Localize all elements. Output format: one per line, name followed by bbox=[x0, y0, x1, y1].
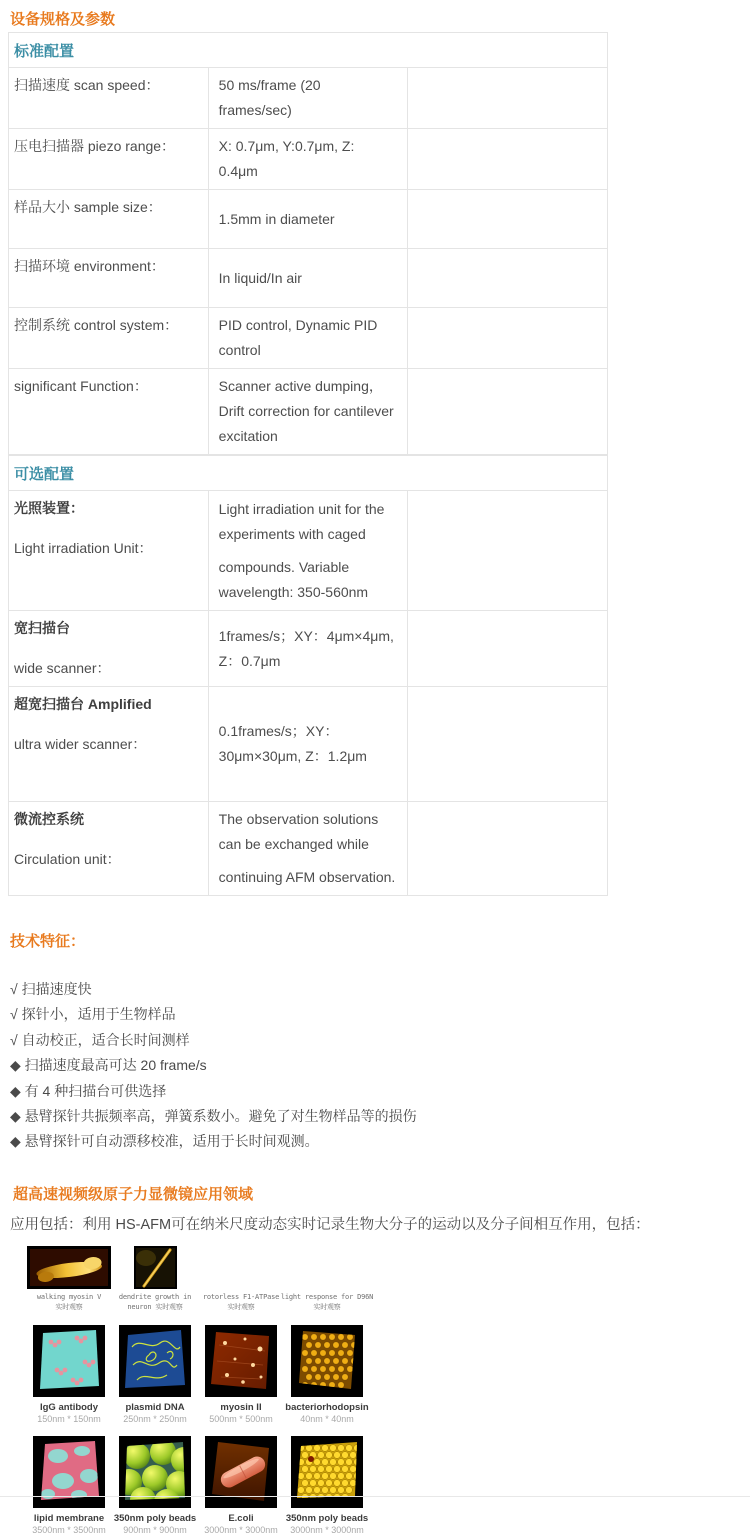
table-row: 光照装置： Light irradiation Unit： Light irra… bbox=[9, 491, 608, 611]
image-caption-name: E.coli bbox=[228, 1513, 253, 1524]
gallery-item: lipid membrane 3500nm * 3500nm bbox=[26, 1436, 112, 1535]
image-caption-name: 350nm poly beads bbox=[114, 1513, 196, 1524]
afm-image-poly-beads-3000 bbox=[291, 1436, 363, 1508]
gallery-row-3: lipid membrane 3500nm * 3500nm bbox=[26, 1436, 750, 1535]
row-value: 1.5mm in diameter bbox=[219, 207, 396, 232]
row-label: significant Function： bbox=[14, 374, 202, 399]
gallery-item: myosin II 500nm * 500nm bbox=[198, 1325, 284, 1424]
gallery-item: walking myosin V 实时观察 bbox=[26, 1246, 112, 1312]
row-value: 1frames/s；XY：4μm×4μm, Z：0.7μm bbox=[219, 624, 396, 674]
caption-line: dendrite growth in bbox=[119, 1292, 191, 1302]
empty-cell bbox=[408, 68, 608, 129]
afm-image-lipid-membrane bbox=[33, 1436, 105, 1508]
row-label: 压电扫描器 piezo range： bbox=[14, 134, 202, 159]
image-caption-name: 350nm poly beads bbox=[286, 1513, 368, 1524]
missing-image-slot bbox=[284, 1246, 370, 1289]
gallery-item: IgG antibody 150nm * 150nm bbox=[26, 1325, 112, 1424]
row-label: 样品大小 sample size： bbox=[14, 195, 202, 220]
feature-item: √ 自动校正，适合长时间测样 bbox=[10, 1028, 750, 1053]
applications-intro: 应用包括：利用 HS-AFM可在纳米尺度动态实时记录生物大分子的运动以及分子间相… bbox=[10, 1214, 750, 1236]
gallery-item: rotorless F1-ATPase 实时观察 bbox=[198, 1246, 284, 1312]
row-value: 0.1frames/s；XY：30μm×30μm, Z：1.2μm bbox=[219, 719, 396, 769]
row-value: X: 0.7μm, Y:0.7μm, Z: 0.4μm bbox=[219, 134, 396, 184]
table-row: 扫描速度 scan speed： 50 ms/frame (20 frames/… bbox=[9, 68, 608, 129]
bottom-divider bbox=[0, 1496, 750, 1497]
afm-image-ecoli bbox=[205, 1436, 277, 1508]
row-value: PID control, Dynamic PID control bbox=[219, 313, 396, 363]
row-label: 扫描环境 environment： bbox=[14, 254, 202, 279]
feature-item: √ 探针小，适用于生物样品 bbox=[10, 1002, 750, 1027]
empty-cell bbox=[408, 190, 608, 249]
image-caption-size: 3000nm * 3000nm bbox=[204, 1525, 278, 1535]
table-row: 扫描环境 environment： In liquid/In air bbox=[9, 249, 608, 308]
row-value: The observation solutions can be exchang… bbox=[219, 807, 396, 857]
row-label: 控制系统 control system： bbox=[14, 313, 202, 338]
afm-image-poly-beads-900 bbox=[119, 1436, 191, 1508]
empty-cell bbox=[408, 249, 608, 308]
afm-image-igg-antibody bbox=[33, 1325, 105, 1397]
table-row: 压电扫描器 piezo range： X: 0.7μm, Y:0.7μm, Z:… bbox=[9, 129, 608, 190]
image-caption-name: plasmid DNA bbox=[125, 1402, 184, 1413]
table-row: 控制系统 control system： PID control, Dynami… bbox=[9, 308, 608, 369]
afm-image-plasmid-dna bbox=[119, 1325, 191, 1397]
afm-image-gallery: walking myosin V 实时观察 dendrite growth in bbox=[8, 1246, 750, 1535]
image-caption-name: bacteriorhodopsin bbox=[285, 1402, 368, 1413]
caption-line: 实时观察 bbox=[37, 1302, 101, 1312]
section-heading-row: 可选配置 bbox=[9, 456, 608, 491]
feature-item: ◆ 有 4 种扫描台可供选择 bbox=[10, 1079, 750, 1104]
row-label-en: Light irradiation Unit： bbox=[14, 536, 206, 561]
features-heading: 技术特征： bbox=[10, 930, 750, 951]
spec-page: 设备规格及参数 标准配置 扫描速度 scan speed： 50 ms/fram… bbox=[0, 0, 750, 1535]
feature-item: ◆ 悬臂探针共振频率高，弹簧系数小。避免了对生物样品等的损伤 bbox=[10, 1104, 750, 1129]
row-label: 扫描速度 scan speed： bbox=[14, 73, 202, 98]
row-label-zh: 微流控系统 bbox=[14, 807, 206, 832]
image-caption-size: 40nm * 40nm bbox=[300, 1414, 354, 1424]
empty-cell bbox=[408, 129, 608, 190]
row-label-zh: 超宽扫描台 Amplified bbox=[14, 692, 206, 717]
table-row: significant Function： Scanner active dum… bbox=[9, 369, 608, 455]
image-caption-size: 150nm * 150nm bbox=[37, 1414, 101, 1424]
gallery-row-1: walking myosin V 实时观察 dendrite growth in bbox=[26, 1246, 750, 1312]
section-heading-row: 标准配置 bbox=[9, 33, 608, 68]
table-row: 微流控系统 Circulation unit： The observation … bbox=[9, 802, 608, 896]
empty-cell bbox=[408, 491, 608, 611]
caption-line: walking myosin V bbox=[37, 1292, 101, 1302]
row-label-en: wide scanner： bbox=[14, 656, 206, 681]
optional-config-table: 可选配置 光照装置： Light irradiation Unit： Light… bbox=[8, 455, 608, 896]
missing-image-slot bbox=[198, 1246, 284, 1289]
empty-cell bbox=[408, 687, 608, 802]
feature-item: √ 扫描速度快 bbox=[10, 977, 750, 1002]
section-heading-optional: 可选配置 bbox=[9, 456, 608, 491]
afm-image-dendrite-growth bbox=[134, 1246, 177, 1289]
table-row: 样品大小 sample size： 1.5mm in diameter bbox=[9, 190, 608, 249]
empty-cell bbox=[408, 611, 608, 687]
features-list: √ 扫描速度快 √ 探针小，适用于生物样品 √ 自动校正，适合长时间测样 ◆ 扫… bbox=[10, 977, 750, 1155]
afm-image-bacteriorhodopsin bbox=[291, 1325, 363, 1397]
image-caption-name: IgG antibody bbox=[40, 1402, 98, 1413]
caption-line: 实时观察 bbox=[203, 1302, 279, 1312]
caption-line: 实时观察 bbox=[281, 1302, 373, 1312]
row-value: In liquid/In air bbox=[219, 266, 396, 291]
page-title: 设备规格及参数 bbox=[10, 8, 750, 29]
image-caption-size: 900nm * 900nm bbox=[123, 1525, 187, 1535]
image-caption-size: 250nm * 250nm bbox=[123, 1414, 187, 1424]
image-caption-size: 500nm * 500nm bbox=[209, 1414, 273, 1424]
feature-item: ◆ 扫描速度最高可达 20 frame/s bbox=[10, 1053, 750, 1078]
afm-image-walking-myosin-v bbox=[27, 1246, 111, 1289]
standard-config-table: 标准配置 扫描速度 scan speed： 50 ms/frame (20 fr… bbox=[8, 32, 608, 455]
caption-line: neuron 实时观察 bbox=[119, 1302, 191, 1312]
table-row: 超宽扫描台 Amplified ultra wider scanner： 0.1… bbox=[9, 687, 608, 802]
image-caption-name: lipid membrane bbox=[34, 1513, 104, 1524]
row-value: compounds. Variable wavelength: 350-560n… bbox=[219, 555, 396, 605]
empty-cell bbox=[408, 802, 608, 896]
table-row: 宽扫描台 wide scanner： 1frames/s；XY：4μm×4μm,… bbox=[9, 611, 608, 687]
row-value: continuing AFM observation. bbox=[219, 865, 396, 890]
gallery-item: bacteriorhodopsin 40nm * 40nm bbox=[284, 1325, 370, 1424]
row-value: 50 ms/frame (20 frames/sec) bbox=[219, 73, 396, 123]
gallery-item: light response for D96N 实时观察 bbox=[284, 1246, 370, 1312]
applications-heading: 超高速视频级原子力显微镜应用领域 bbox=[13, 1183, 750, 1204]
section-heading-standard: 标准配置 bbox=[9, 33, 608, 68]
row-label-zh: 光照装置： bbox=[14, 496, 206, 521]
empty-cell bbox=[408, 369, 608, 455]
row-label-en: ultra wider scanner： bbox=[14, 732, 206, 757]
empty-cell bbox=[408, 308, 608, 369]
gallery-item: E.coli 3000nm * 3000nm bbox=[198, 1436, 284, 1535]
row-value: Scanner active dumping，Drift correction … bbox=[219, 374, 396, 449]
gallery-item: 350nm poly beads 3000nm * 3000nm bbox=[284, 1436, 370, 1535]
image-caption-size: 3000nm * 3000nm bbox=[290, 1525, 364, 1535]
gallery-item: dendrite growth in neuron 实时观察 bbox=[112, 1246, 198, 1312]
gallery-item: 350nm poly beads 900nm * 900nm bbox=[112, 1436, 198, 1535]
row-value: Light irradiation unit for the experimen… bbox=[219, 497, 396, 547]
gallery-row-2: IgG antibody 150nm * 150nm plasmid DNA bbox=[26, 1325, 750, 1424]
image-caption-name: myosin II bbox=[220, 1402, 261, 1413]
row-label-zh: 宽扫描台 bbox=[14, 616, 206, 641]
row-label-en: Circulation unit： bbox=[14, 847, 206, 872]
caption-line: light response for D96N bbox=[281, 1292, 373, 1302]
image-caption-size: 3500nm * 3500nm bbox=[32, 1525, 106, 1535]
feature-item: ◆ 悬臂探针可自动漂移校准，适用于长时间观测。 bbox=[10, 1129, 750, 1154]
afm-image-myosin-ii bbox=[205, 1325, 277, 1397]
gallery-item: plasmid DNA 250nm * 250nm bbox=[112, 1325, 198, 1424]
caption-line: rotorless F1-ATPase bbox=[203, 1292, 279, 1302]
